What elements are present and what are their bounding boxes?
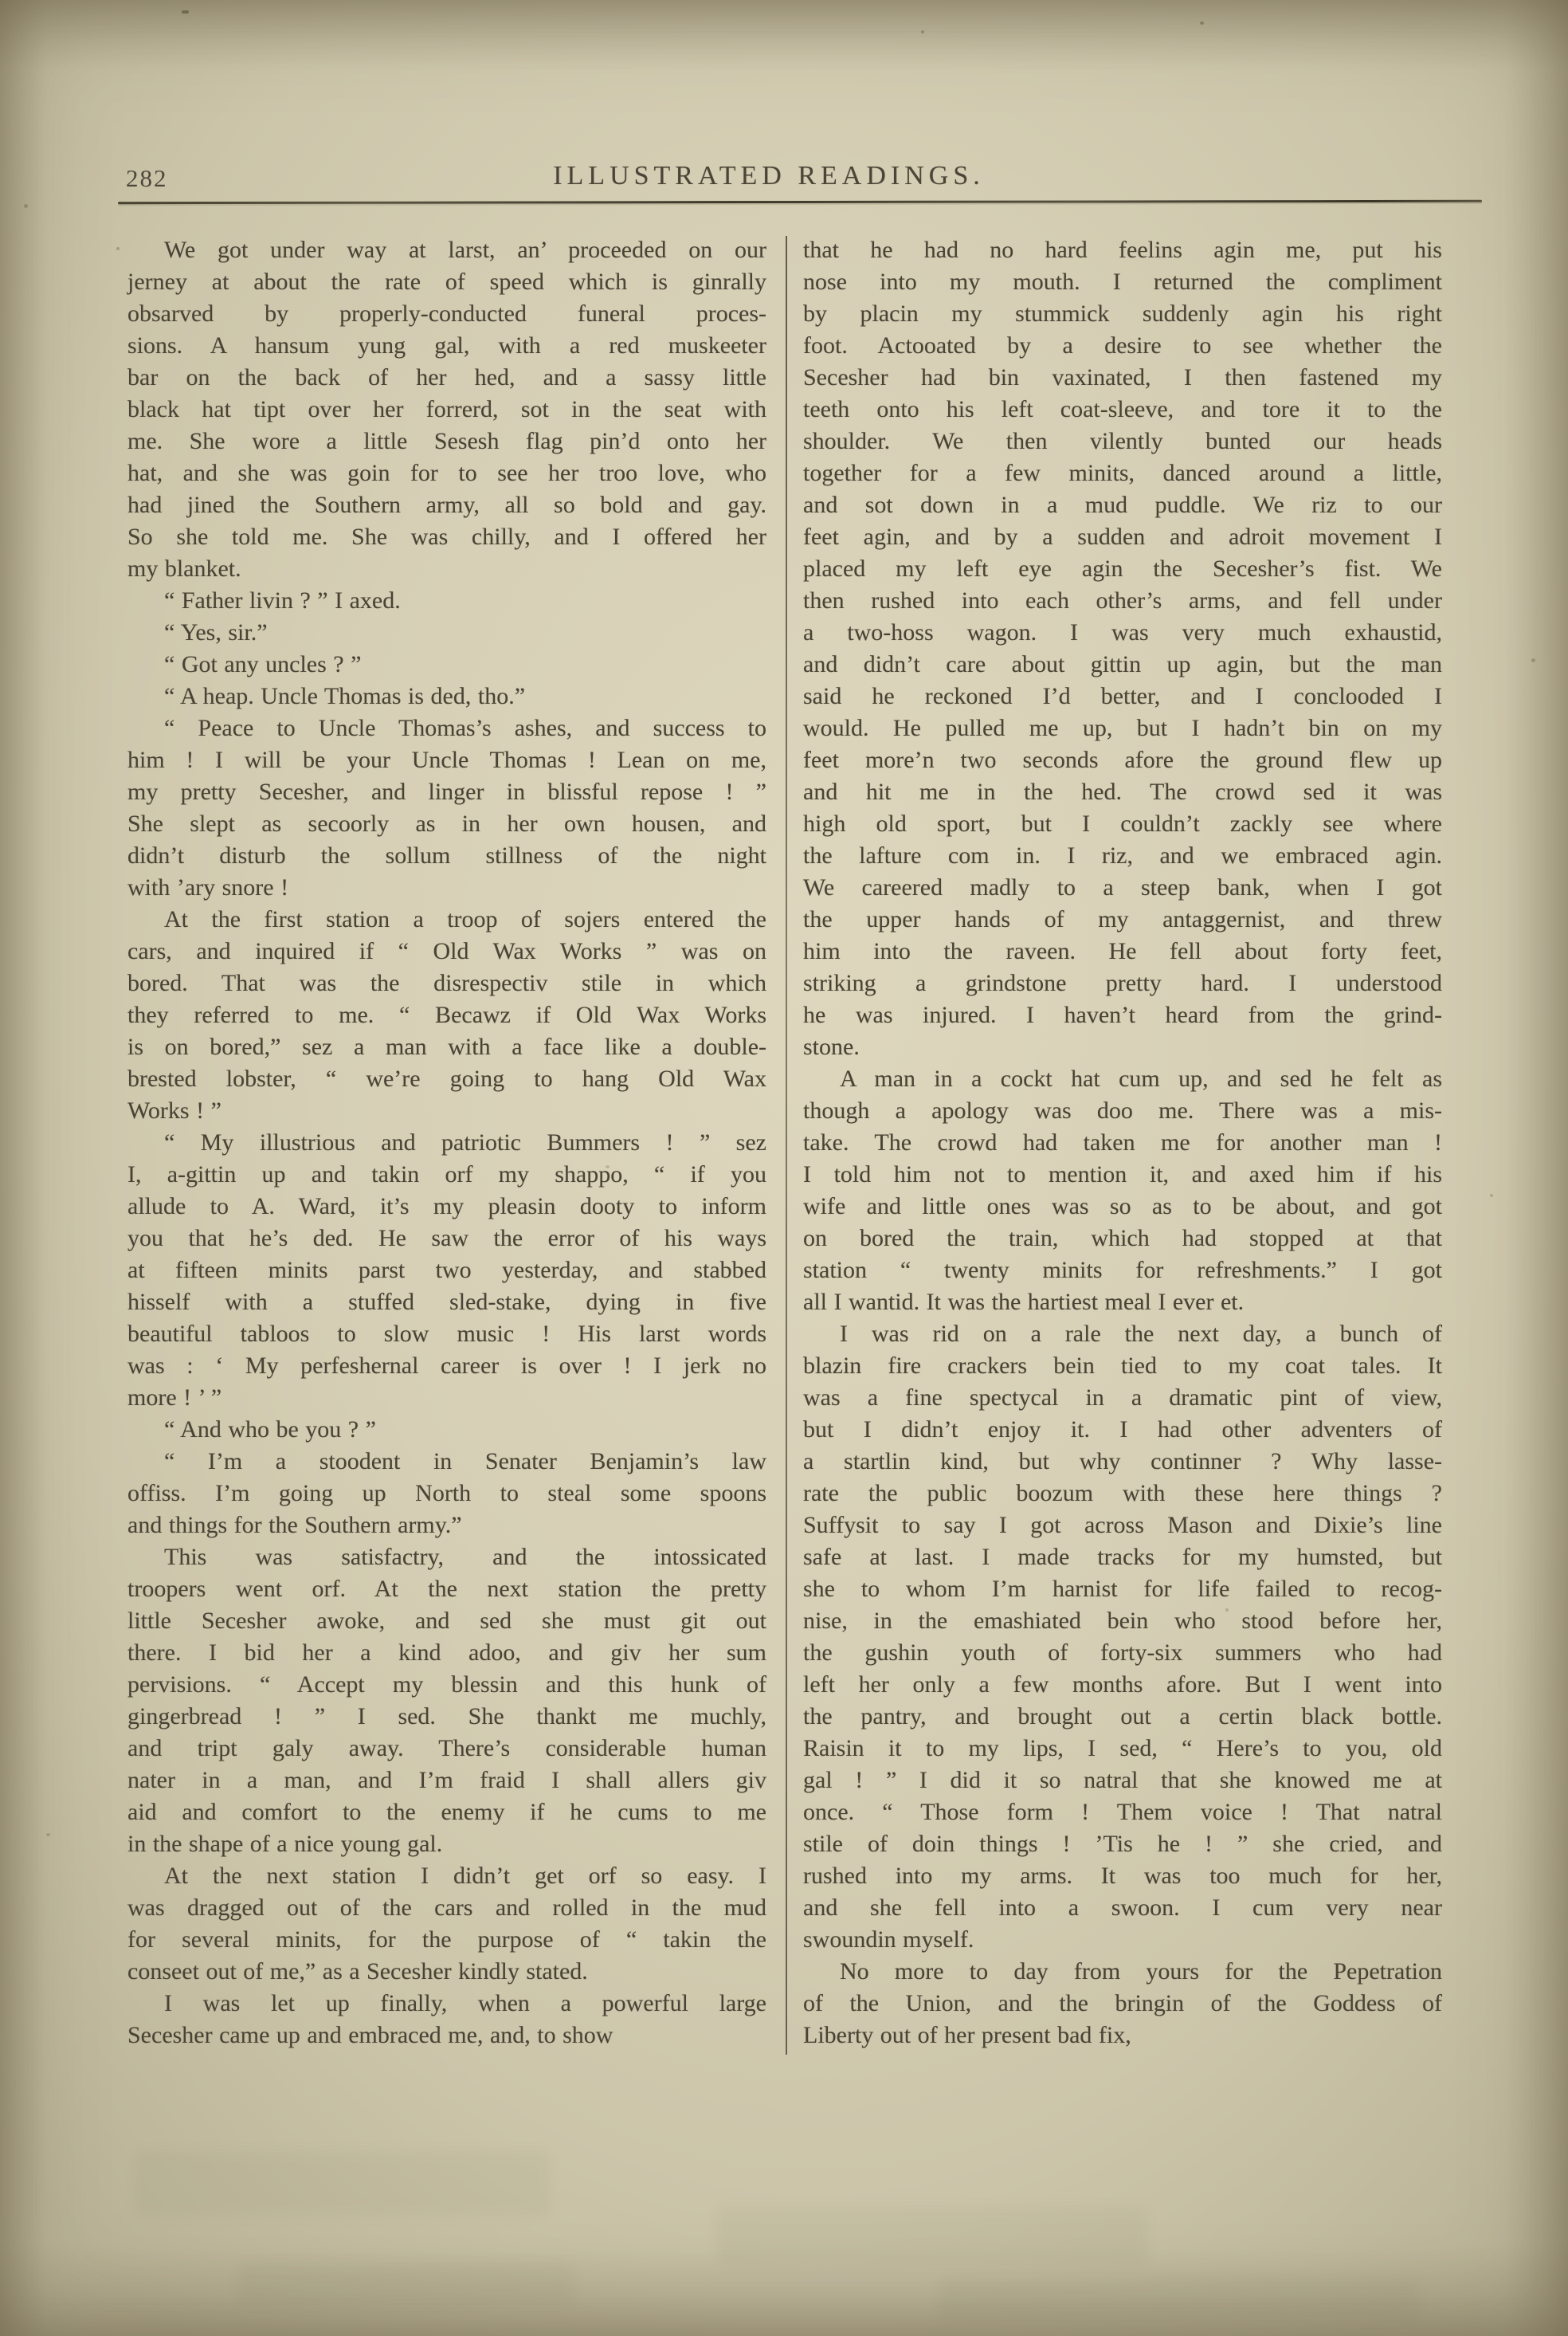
text-line: all I wantid. It was the hartiest meal I… <box>803 1286 1442 1318</box>
text-line: hat, and she was goin for to see her tro… <box>127 457 766 489</box>
text-line: No more to day from yours for the Pepetr… <box>803 1956 1442 1988</box>
text-line: said he reckoned I’d better, and I concl… <box>803 681 1442 713</box>
text-line: “ And who be you ? ” <box>127 1414 766 1446</box>
text-line: obsarved by properly-conducted funeral p… <box>127 298 766 330</box>
text-line: he was injured. I haven’t heard from the… <box>803 999 1442 1031</box>
text-line: jerney at about the rate of speed which … <box>127 266 766 298</box>
text-line: bar on the back of her hed, and a sassy … <box>127 362 766 394</box>
text-line: sions. A hansum yung gal, with a red mus… <box>127 330 766 362</box>
text-line: and hit me in the hed. The crowd sed it … <box>803 776 1442 808</box>
showthrough-smudge <box>239 2263 574 2303</box>
text-line: was a fine spectycal in a dramatic pint … <box>803 1382 1442 1414</box>
text-line: they referred to me. “ Becawz if Old Wax… <box>127 999 766 1031</box>
text-line: the lafture com in. I riz, and we embrac… <box>803 840 1442 872</box>
showthrough-smudge <box>135 2152 550 2216</box>
text-line: shoulder. We then vilently bunted our he… <box>803 426 1442 457</box>
text-line: brested lobster, “ we’re going to hang O… <box>127 1063 766 1095</box>
text-line: I was rid on a rale the next day, a bunc… <box>803 1318 1442 1350</box>
text-line: I, a-gittin up and takin orf my shappo, … <box>127 1159 766 1191</box>
text-line: at fifteen minits parst two yesterday, a… <box>127 1254 766 1286</box>
text-line: nise, in the emashiated bein who stood b… <box>803 1605 1442 1637</box>
text-line: for several minits, for the purpose of “… <box>127 1924 766 1956</box>
text-line: hisself with a stuffed sled-stake, dying… <box>127 1286 766 1318</box>
text-line: rushed into my arms. It was too much for… <box>803 1860 1442 1892</box>
text-line: “ Father livin ? ” I axed. <box>127 585 766 617</box>
text-line: stile of doin things ! ’Tis he ! ” she c… <box>803 1828 1442 1860</box>
text-line: I told him not to mention it, and axed h… <box>803 1159 1442 1191</box>
text-line: feet agin, and by a sudden and adroit mo… <box>803 521 1442 553</box>
text-line: was : ‘ My perfeshernal career is over !… <box>127 1350 766 1382</box>
text-line: She slept as secoorly as in her own hous… <box>127 808 766 840</box>
paper-speck <box>46 1833 50 1836</box>
text-line: teeth onto his left coat-sleeve, and tor… <box>803 394 1442 426</box>
text-line: Liberty out of her present bad fix, <box>803 2020 1442 2051</box>
text-line: and sot down in a mud puddle. We riz to … <box>803 489 1442 521</box>
text-line: A man in a cockt hat cum up, and sed he … <box>803 1063 1442 1095</box>
text-line: she to whom I’m harnist for life failed … <box>803 1573 1442 1605</box>
text-line: feet more’n two seconds afore the ground… <box>803 744 1442 776</box>
text-line: At the next station I didn’t get orf so … <box>127 1860 766 1892</box>
text-line: didn’t disturb the sollum stillness of t… <box>127 840 766 872</box>
paper-speck <box>24 204 28 208</box>
text-column-left: We got under way at larst, an’ proceeded… <box>127 234 766 2051</box>
text-line: a startlin kind, but why continner ? Why… <box>803 1446 1442 1478</box>
text-line: me. She wore a little Sesesh flag pin’d … <box>127 426 766 457</box>
text-line: then rushed into each other’s arms, and … <box>803 585 1442 617</box>
text-line: We got under way at larst, an’ proceeded… <box>127 234 766 266</box>
text-line: high old sport, but I couldn’t zackly se… <box>803 808 1442 840</box>
text-line: foot. Actooated by a desire to see wheth… <box>803 330 1442 362</box>
text-line: would. He pulled me up, but I hadn’t bin… <box>803 713 1442 744</box>
text-line: you that he’s ded. He saw the error of h… <box>127 1223 766 1254</box>
text-line: “ Yes, sir.” <box>127 617 766 649</box>
text-line: conseet out of me,” as a Secesher kindly… <box>127 1956 766 1988</box>
text-line: swoundin myself. <box>803 1924 1442 1956</box>
text-line: Secesher had bin vaxinated, I then faste… <box>803 362 1442 394</box>
text-line: more ! ’ ” <box>127 1382 766 1414</box>
text-line: stone. <box>803 1031 1442 1063</box>
text-line: pervisions. “ Accept my blessin and this… <box>127 1669 766 1701</box>
text-line: on bored the train, which had stopped at… <box>803 1223 1442 1254</box>
text-line: a two-hoss wagon. I was very much exhaus… <box>803 617 1442 649</box>
text-line: bored. That was the disrespectiv stile i… <box>127 968 766 999</box>
paper-speck <box>1531 658 1535 662</box>
text-line: safe at last. I made tracks for my humst… <box>803 1541 1442 1573</box>
text-line: was dragged out of the cars and rolled i… <box>127 1892 766 1924</box>
text-line: together for a few minits, danced around… <box>803 457 1442 489</box>
showthrough-smudge <box>717 2208 1147 2263</box>
showthrough-smudge <box>940 2279 1418 2319</box>
text-line: “ Peace to Uncle Thomas’s ashes, and suc… <box>127 713 766 744</box>
text-line: and she fell into a swoon. I cum very ne… <box>803 1892 1442 1924</box>
text-line: Works ! ” <box>127 1095 766 1127</box>
text-line: cars, and inquired if “ Old Wax Works ” … <box>127 936 766 968</box>
text-line: black hat tipt over her forrerd, sot in … <box>127 394 766 426</box>
text-line: in the shape of a nice young gal. <box>127 1828 766 1860</box>
text-column-right: that he had no hard feelins agin me, put… <box>803 234 1442 2051</box>
text-line: the gushin youth of forty-six summers wh… <box>803 1637 1442 1669</box>
text-line: We careered madly to a steep bank, when … <box>803 872 1442 904</box>
paper-speck <box>1490 1194 1493 1197</box>
text-line: aid and comfort to the enemy if he cums … <box>127 1796 766 1828</box>
text-line: gingerbread ! ” I sed. She thankt me muc… <box>127 1701 766 1733</box>
text-line: take. The crowd had taken me for another… <box>803 1127 1442 1159</box>
text-line: At the first station a troop of sojers e… <box>127 904 766 936</box>
text-line: station “ twenty minits for refreshments… <box>803 1254 1442 1286</box>
text-line: little Secesher awoke, and sed she must … <box>127 1605 766 1637</box>
paper-speck <box>1200 22 1204 25</box>
text-line: is on bored,” sez a man with a face like… <box>127 1031 766 1063</box>
text-line: my blanket. <box>127 553 766 585</box>
text-line: my pretty Secesher, and linger in blissf… <box>127 776 766 808</box>
text-line: but I didn’t enjoy it. I had other adven… <box>803 1414 1442 1446</box>
text-line: though a apology was doo me. There was a… <box>803 1095 1442 1127</box>
running-head-title: ILLUSTRATED READINGS. <box>0 161 1538 191</box>
text-line: of the Union, and the bringin of the God… <box>803 1988 1442 2020</box>
text-line: blazin fire crackers bein tied to my coa… <box>803 1350 1442 1382</box>
text-line: “ I’m a stoodent in Senater Benjamin’s l… <box>127 1446 766 1478</box>
header-rule <box>118 200 1482 204</box>
text-line: Suffysit to say I got across Mason and D… <box>803 1510 1442 1541</box>
paper-speck <box>182 10 189 14</box>
text-line: there. I bid her a kind adoo, and giv he… <box>127 1637 766 1669</box>
text-line: offiss. I’m going up North to steal some… <box>127 1478 766 1510</box>
text-line: striking a grindstone pretty hard. I und… <box>803 968 1442 999</box>
page-header: 282 ILLUSTRATED READINGS. <box>0 161 1568 199</box>
text-line: This was satisfactry, and the intossicat… <box>127 1541 766 1573</box>
text-line: gal ! ” I did it so natral that she know… <box>803 1765 1442 1796</box>
text-line: once. “ Those form ! Them voice ! That n… <box>803 1796 1442 1828</box>
text-line: the pantry, and brought out a certin bla… <box>803 1701 1442 1733</box>
text-line: “ My illustrious and patriotic Bummers !… <box>127 1127 766 1159</box>
text-line: So she told me. She was chilly, and I of… <box>127 521 766 553</box>
text-line: “ A heap. Uncle Thomas is ded, tho.” <box>127 681 766 713</box>
column-divider <box>786 236 787 2055</box>
text-line: him into the raveen. He fell about forty… <box>803 936 1442 968</box>
text-line: Raisin it to my lips, I sed, “ Here’s to… <box>803 1733 1442 1765</box>
text-line: placed my left eye agin the Secesher’s f… <box>803 553 1442 585</box>
text-line: had jined the Southern army, all so bold… <box>127 489 766 521</box>
text-line: troopers went orf. At the next station t… <box>127 1573 766 1605</box>
text-line: the upper hands of my antaggernist, and … <box>803 904 1442 936</box>
text-line: Secesher came up and embraced me, and, t… <box>127 2020 766 2051</box>
text-line: left her only a few months afore. But I … <box>803 1669 1442 1701</box>
text-line: and things for the Southern army.” <box>127 1510 766 1541</box>
text-line: “ Got any uncles ? ” <box>127 649 766 681</box>
text-line: wife and little ones was so as to be abo… <box>803 1191 1442 1223</box>
paper-speck <box>116 247 120 250</box>
text-line: beautiful tabloos to slow music ! His la… <box>127 1318 766 1350</box>
text-line: I was let up finally, when a powerful la… <box>127 1988 766 2020</box>
text-line: allude to A. Ward, it’s my pleasin dooty… <box>127 1191 766 1223</box>
text-line: him ! I will be your Uncle Thomas ! Lean… <box>127 744 766 776</box>
text-line: nose into my mouth. I returned the compl… <box>803 266 1442 298</box>
text-line: by placin my stummick suddenly agin his … <box>803 298 1442 330</box>
book-page: 282 ILLUSTRATED READINGS. We got under w… <box>0 0 1568 2336</box>
text-line: and tript galy away. There’s considerabl… <box>127 1733 766 1765</box>
text-line: nater in a man, and I’m fraid I shall al… <box>127 1765 766 1796</box>
text-line: with ’ary snore ! <box>127 872 766 904</box>
text-line: that he had no hard feelins agin me, put… <box>803 234 1442 266</box>
paper-speck <box>921 30 924 33</box>
text-line: and didn’t care about gittin up agin, bu… <box>803 649 1442 681</box>
text-line: rate the public boozum with these here t… <box>803 1478 1442 1510</box>
